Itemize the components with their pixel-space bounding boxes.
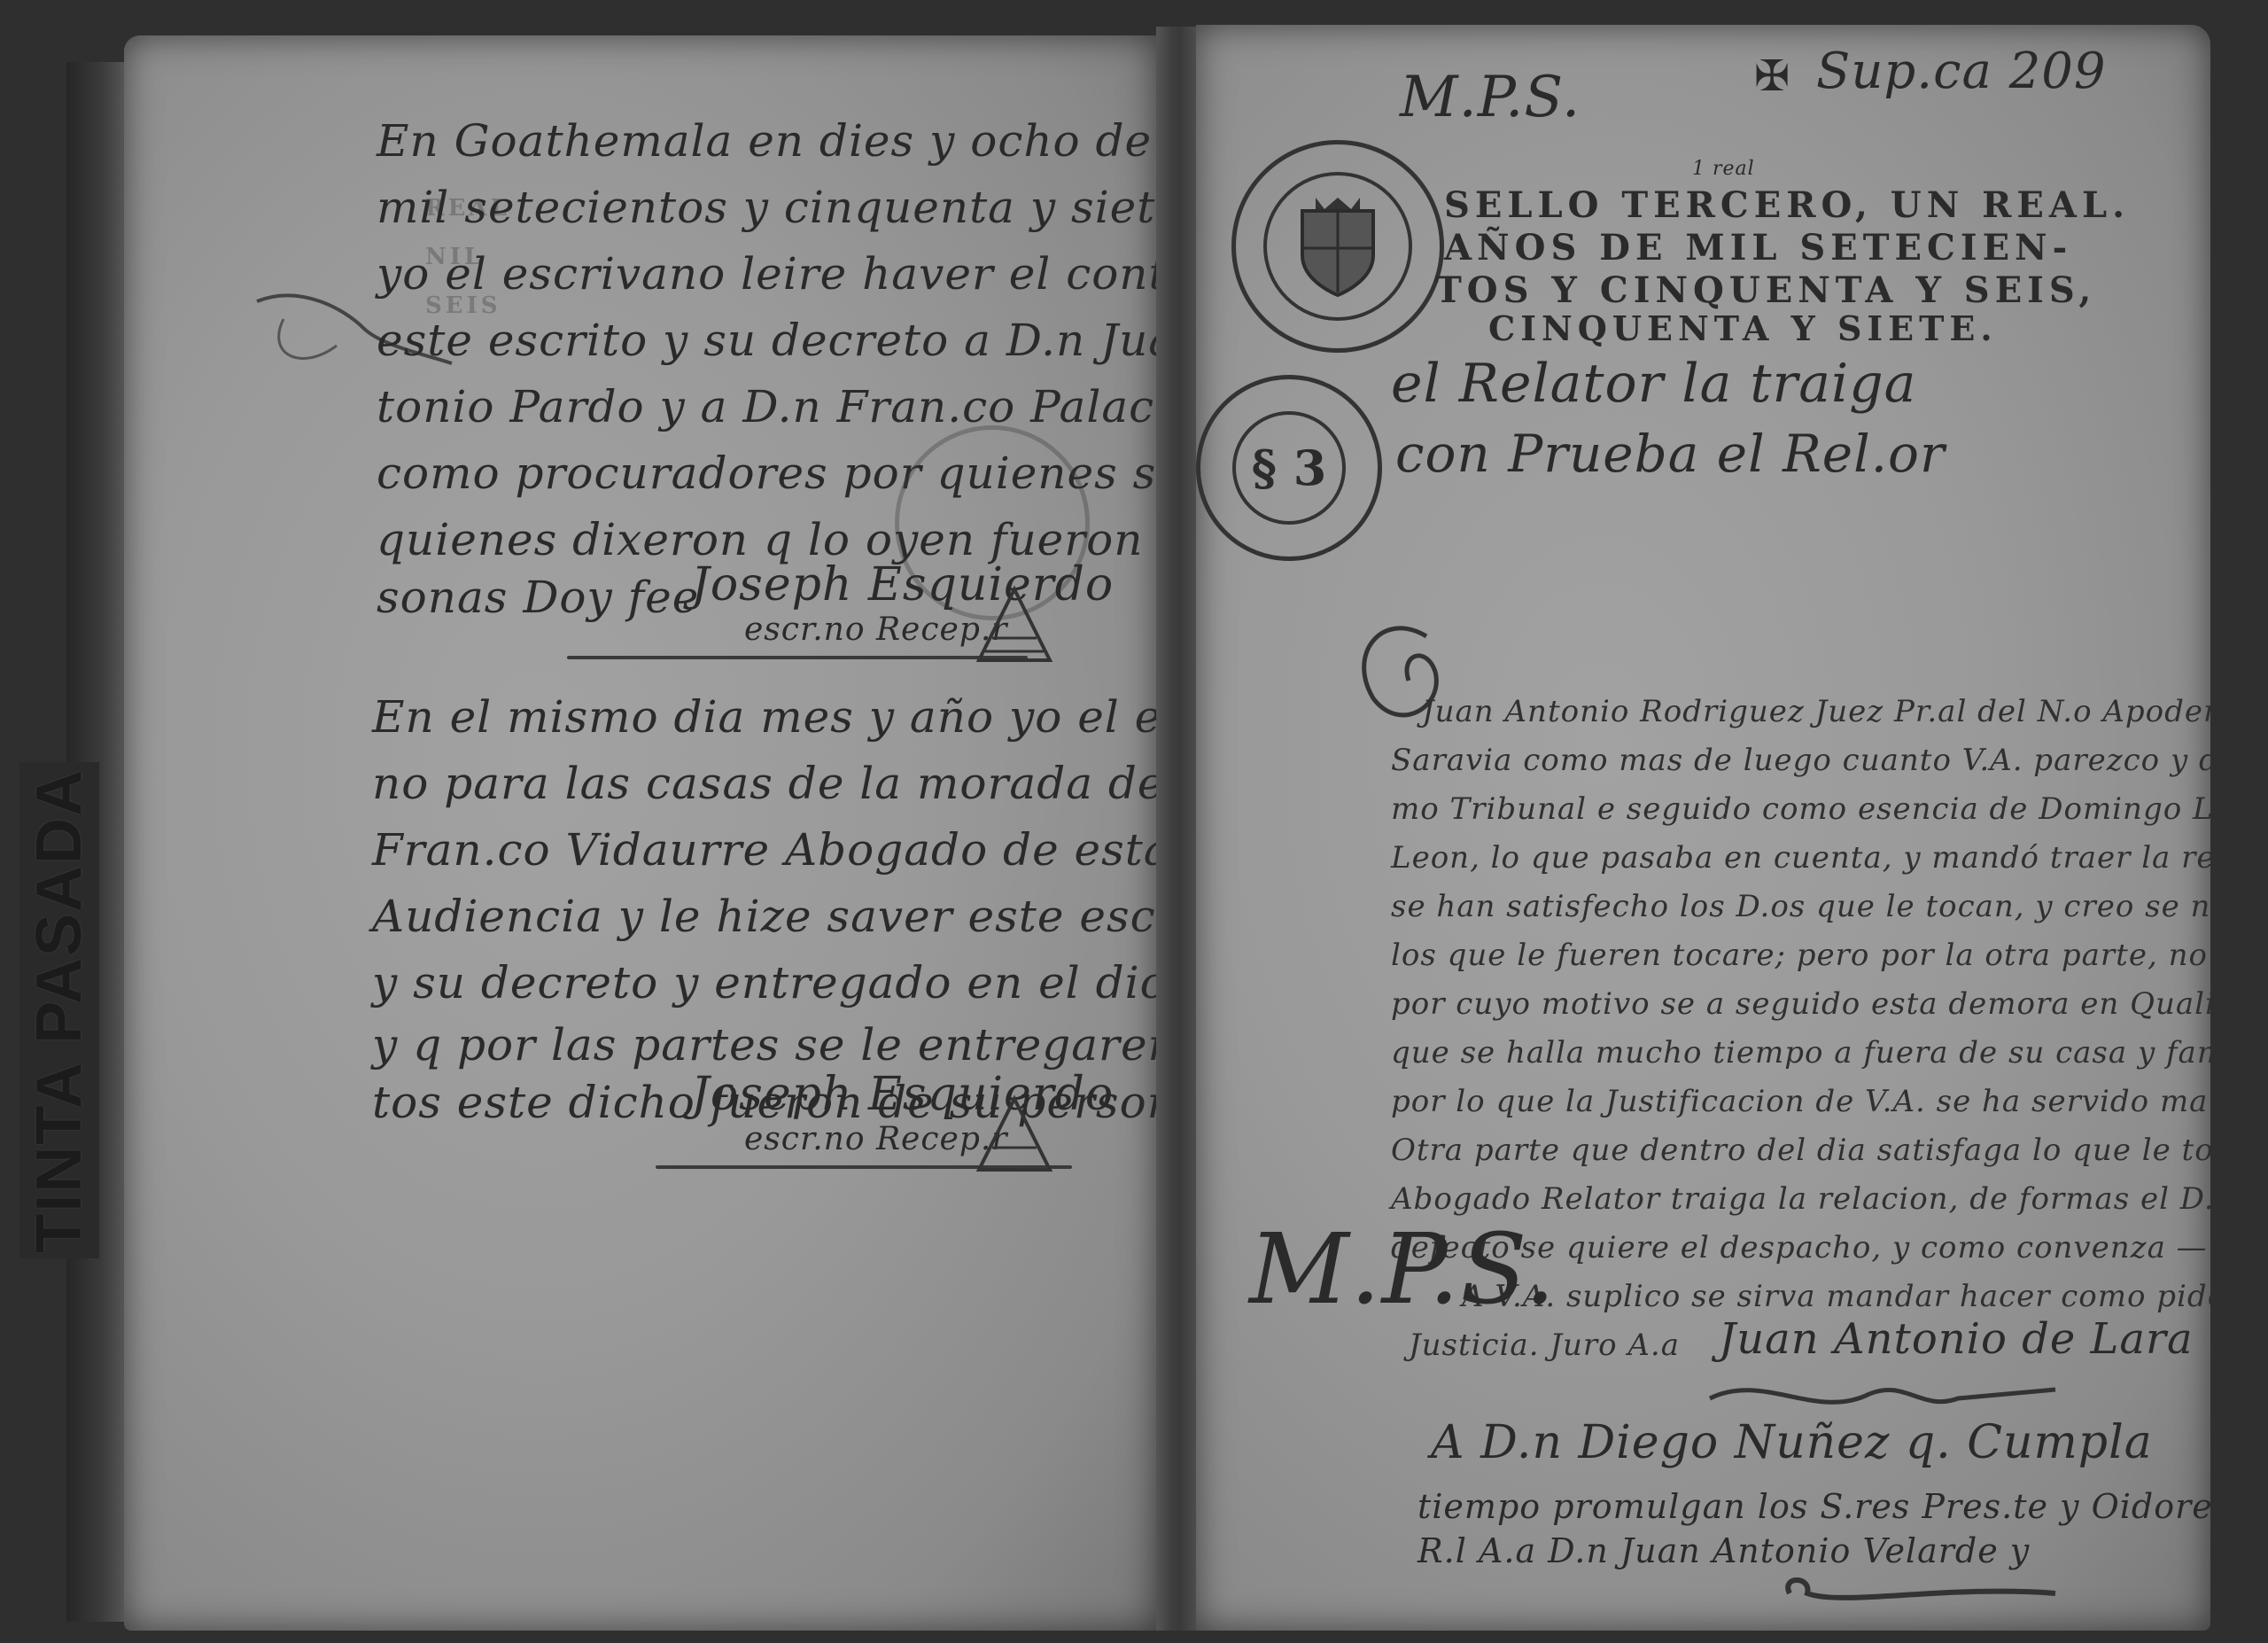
book-spine <box>1156 27 1196 1631</box>
text-line: tonio Pardo y a D.n Fran.co Palacios <box>377 381 1156 432</box>
text-line: A V.A. suplico se sirva mandar hacer com… <box>1462 1279 2210 1314</box>
text-line: Juan Antonio Rodriguez Juez Pr.al del N.… <box>1422 694 2210 729</box>
seal-center-text: § 3 <box>1252 440 1327 496</box>
text-line: En Goathemala en dies y ocho de Julio de <box>377 115 1156 167</box>
text-line: mil setecientos y cinquenta y siete A° <box>377 182 1156 233</box>
left-page: REAL NIL SEIS En Goathemala en dies y oc… <box>124 35 1156 1631</box>
stamp-line: AÑOS DE MIL SETECIEN- <box>1444 227 2072 269</box>
header-mark-right: Sup.ca 209 <box>1816 43 2107 100</box>
text-line: se han satisfecho los D.os que le tocan,… <box>1391 889 2210 924</box>
signature-name: Juan Antonio de Lara <box>1719 1314 2194 1364</box>
text-line: que se halla mucho tiempo a fuera de su … <box>1391 1035 2210 1071</box>
text-line: este escrito y su decreto a D.n Juan An- <box>377 315 1156 366</box>
closing-flourish <box>1772 1571 2073 1616</box>
stamp-line: SELLO TERCERO, UN REAL. <box>1444 184 2130 226</box>
header-mark-small: 1 real <box>1692 158 1755 180</box>
binding-label: TINTA PASADA <box>19 762 99 1258</box>
right-page: M.P.S. Sup.ca 209 1 real ✠ SELLO TERCERO… <box>1196 25 2210 1631</box>
text-line: Abogado Relator traiga la relacion, de f… <box>1391 1181 2210 1217</box>
header-mark-left: M.P.S. <box>1400 65 1581 130</box>
text-line: por cuyo motivo se a seguido esta demora… <box>1391 986 2210 1022</box>
text-line: Leon, lo que pasaba en cuenta, y mandó t… <box>1391 840 2210 876</box>
coat-of-arms-icon <box>1289 193 1386 300</box>
text-line: En el mismo dia mes y año yo el escrivi- <box>372 691 1156 743</box>
text-line: R.l A.a D.n Juan Antonio Velarde y <box>1417 1531 2030 1570</box>
cross-icon: ✠ <box>1754 51 1790 101</box>
text-line: tiempo promulgan los S.res Pres.te y Oid… <box>1417 1487 2210 1526</box>
text-line: A D.n Diego Nuñez q. Cumpla <box>1431 1416 2153 1469</box>
marginal-mark: M.P.S. <box>1249 1212 1557 1326</box>
text-line: sonas Doy fee <box>377 572 699 623</box>
text-line: y q por las partes se le entregaren los … <box>372 1019 1156 1071</box>
text-line: no para las casas de la morada del L.do … <box>372 758 1156 809</box>
signature-rubric <box>975 585 1054 665</box>
year-seal: § 3 <box>1196 375 1382 561</box>
text-line: Fran.co Vidaurre Abogado de esta R.l <box>372 824 1156 876</box>
text-line: Justicia. Juro A.a <box>1409 1328 1680 1363</box>
signature-rule <box>567 656 1028 659</box>
text-line: mo Tribunal e seguido como esencia de Do… <box>1391 791 2210 827</box>
stamp-line: TOS Y CINQUENTA Y SEIS, <box>1435 269 2096 311</box>
binding-label-text: TINTA PASADA <box>23 768 96 1253</box>
signature-title: escr.no Recep.r <box>744 1121 1008 1157</box>
text-line: Otra parte que dentro del dia satisfaga … <box>1391 1133 2210 1168</box>
text-line: y su decreto y entregado en el dicho q l… <box>372 957 1156 1008</box>
text-line: por lo que la Justificacion de V.A. se h… <box>1391 1084 2210 1119</box>
text-line: yo el escrivano leire haver el contenido… <box>377 248 1156 300</box>
text-line: los que le fueren tocare; pero por la ot… <box>1391 938 2210 973</box>
signature-rubric <box>975 1094 1054 1174</box>
signature-title: escr.no Recep.r <box>744 611 1008 648</box>
royal-seal <box>1231 140 1444 353</box>
stamp-line: CINQUENTA Y SIETE. <box>1488 308 1998 348</box>
annotation-line: el Relator la traiga <box>1391 353 1916 415</box>
annotation-line: con Prueba el Rel.or <box>1395 424 1946 484</box>
text-line: Audiencia y le hize saver este escrito <box>372 891 1156 942</box>
text-line: Saravia como mas de luego cuanto V.A. pa… <box>1391 743 2210 778</box>
